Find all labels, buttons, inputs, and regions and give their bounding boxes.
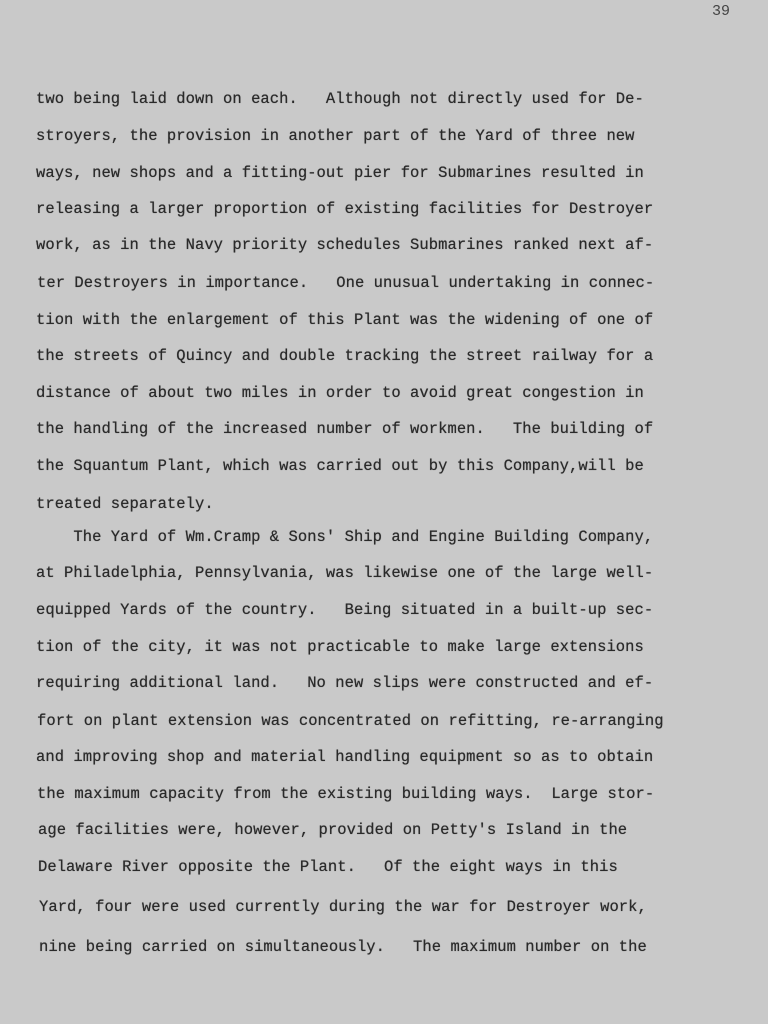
text-line: and improving shop and material handling…	[36, 750, 653, 766]
text-line: fort on plant extension was concentrated…	[37, 714, 664, 730]
text-line: the Squantum Plant, which was carried ou…	[36, 459, 644, 475]
text-line: the handling of the increased number of …	[36, 422, 653, 438]
text-line: at Philadelphia, Pennsylvania, was likew…	[36, 566, 653, 582]
text-line: nine being carried on simultaneously. Th…	[39, 940, 647, 956]
text-line: Yard, four were used currently during th…	[39, 900, 647, 916]
text-line: ter Destroyers in importance. One unusua…	[37, 276, 654, 292]
text-line: releasing a larger proportion of existin…	[36, 202, 653, 218]
text-line: Delaware River opposite the Plant. Of th…	[38, 860, 618, 876]
text-line: age facilities were, however, provided o…	[38, 823, 627, 839]
text-line: the streets of Quincy and double trackin…	[36, 349, 653, 365]
text-line: ways, new shops and a fitting-out pier f…	[36, 166, 644, 182]
text-line: treated separately.	[36, 497, 214, 513]
text-line: tion of the city, it was not practicable…	[36, 640, 644, 656]
text-line: work, as in the Navy priority schedules …	[36, 238, 653, 254]
text-line: requiring additional land. No new slips …	[36, 676, 653, 692]
text-line: two being laid down on each. Although no…	[36, 92, 644, 108]
text-line: equipped Yards of the country. Being sit…	[36, 603, 653, 619]
text-line: tion with the enlargement of this Plant …	[36, 313, 653, 329]
text-line: distance of about two miles in order to …	[36, 386, 644, 402]
text-line: stroyers, the provision in another part …	[36, 129, 635, 145]
text-line: the maximum capacity from the existing b…	[37, 787, 654, 803]
page-number: 39	[712, 3, 730, 20]
text-line: The Yard of Wm.Cramp & Sons' Ship and En…	[36, 530, 653, 546]
